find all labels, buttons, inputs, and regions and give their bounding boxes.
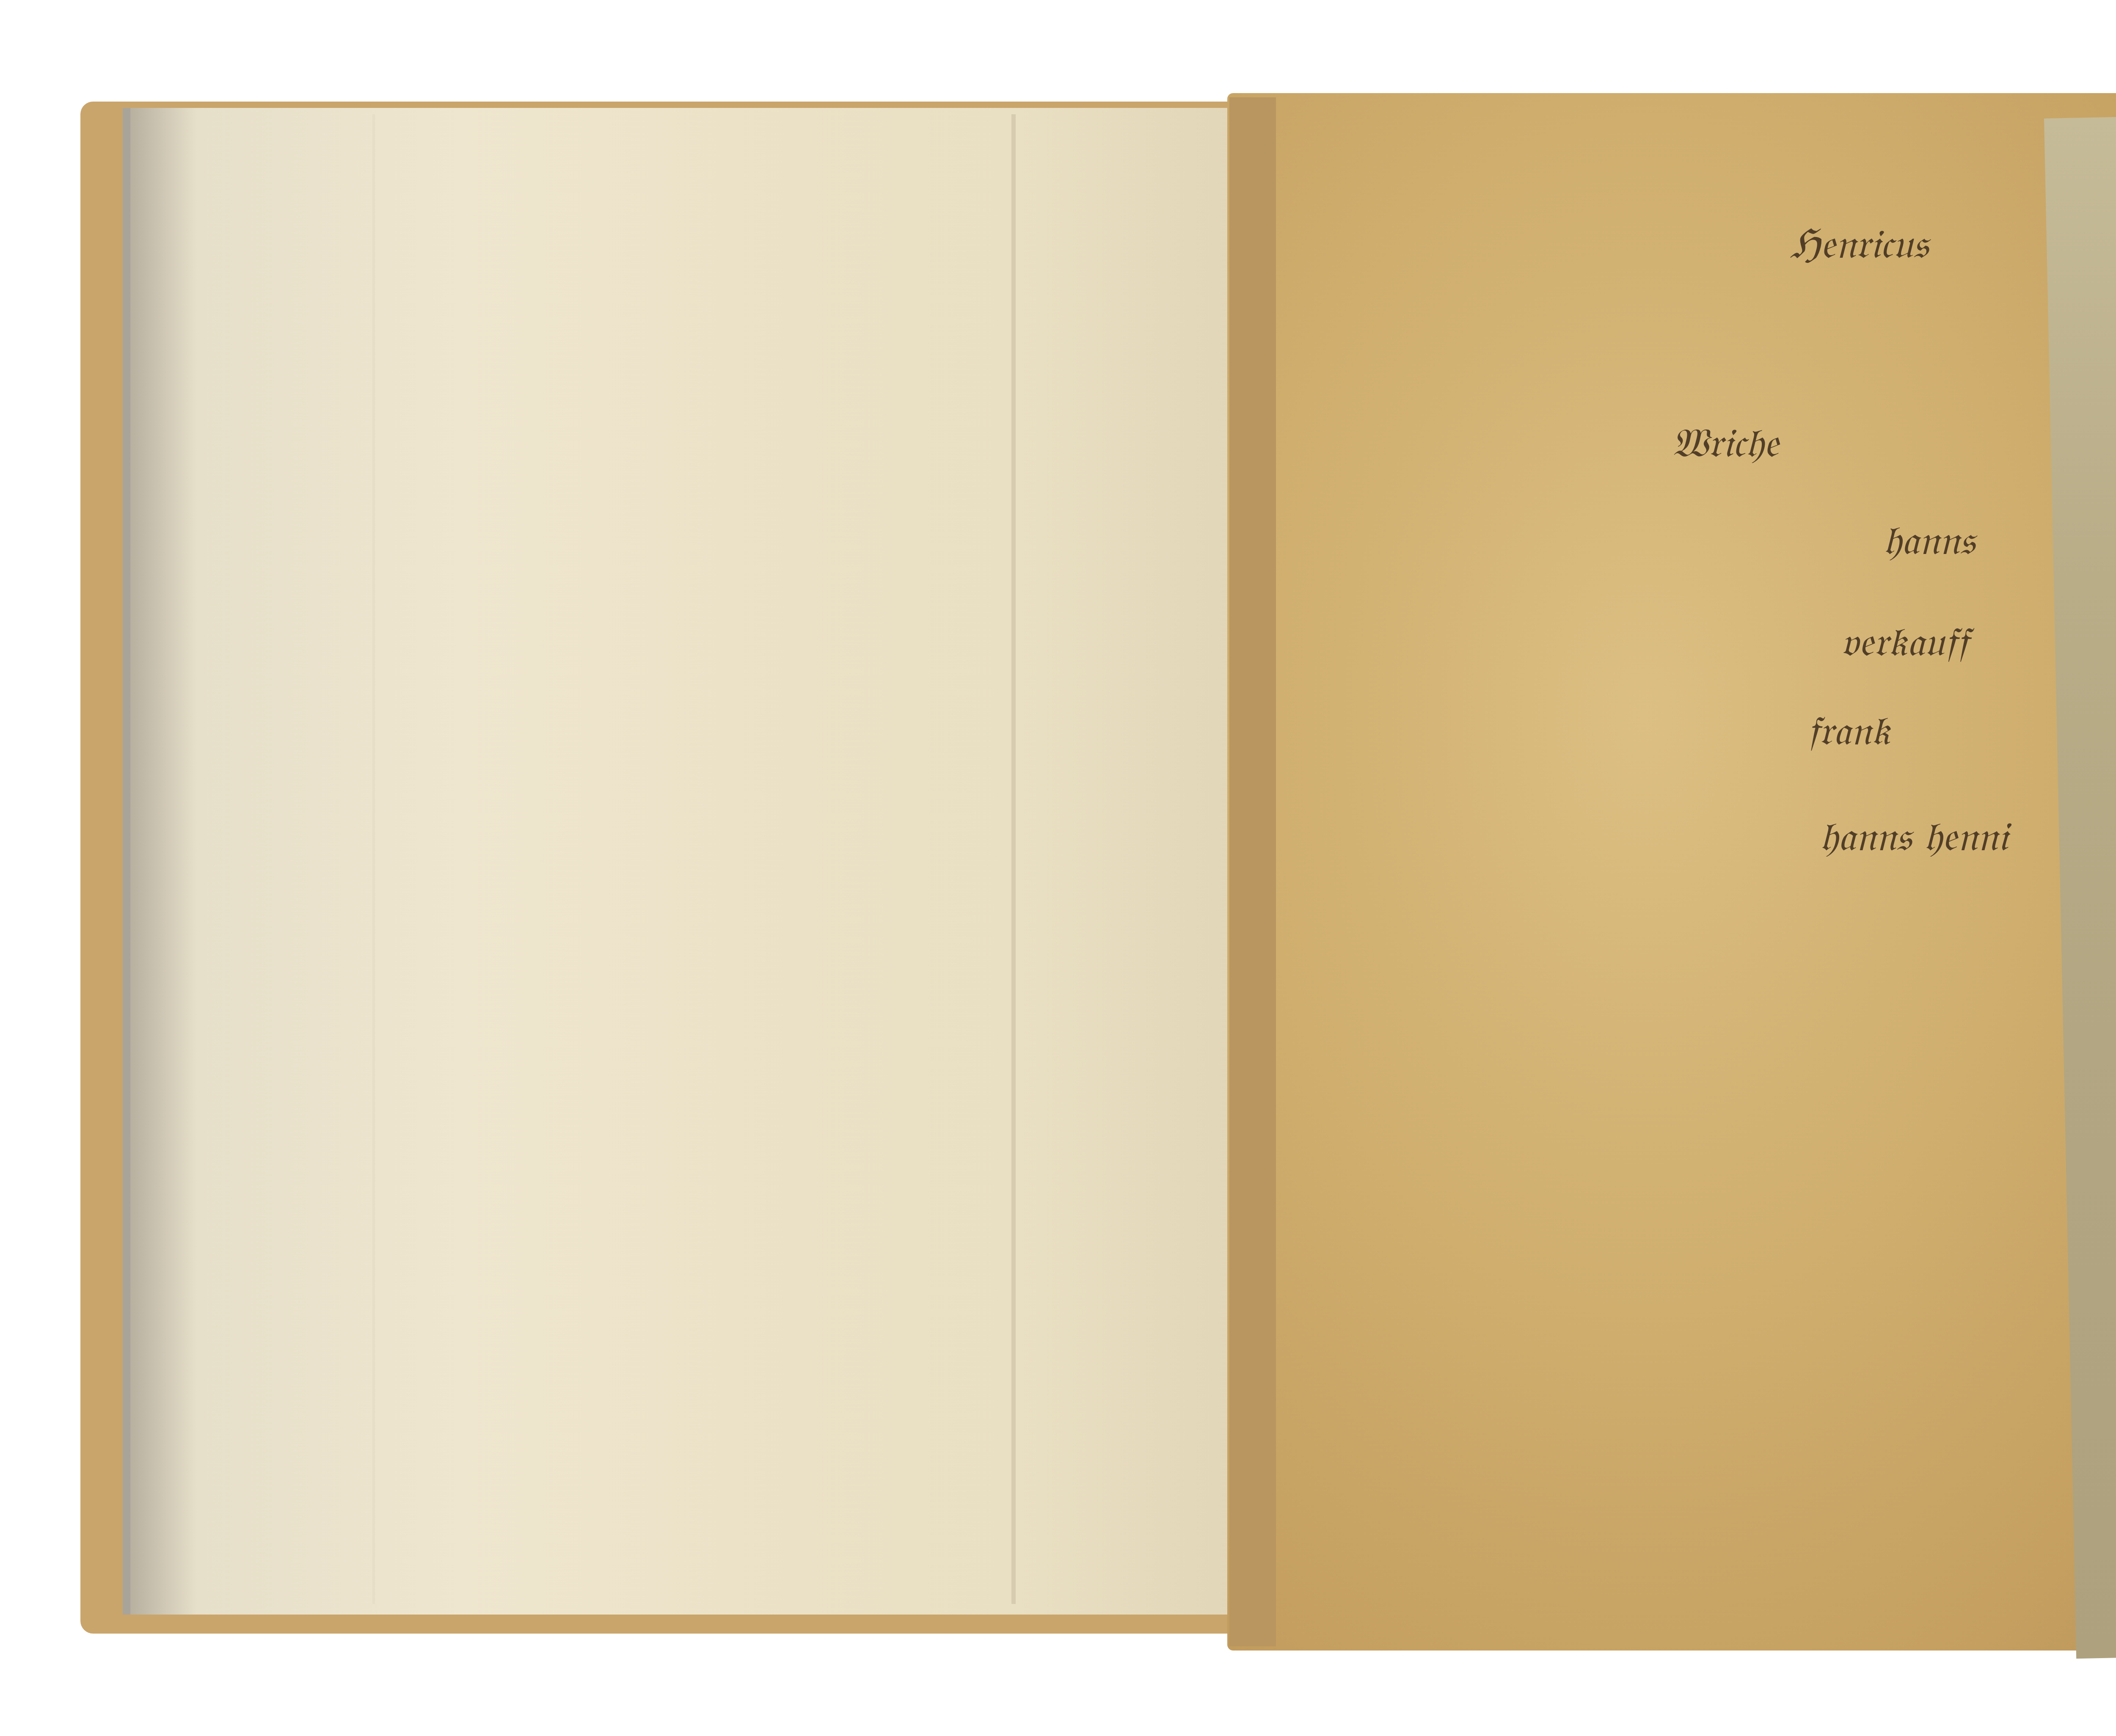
handwriting-fragment: 𝔥𝔞𝔫𝔫𝔰 𝔥𝔢𝔫𝔫𝔦 [1820, 817, 2008, 857]
parchment-cover [1227, 93, 2116, 1651]
blank-paper-pages [123, 108, 1239, 1615]
binding-spine [1229, 97, 1276, 1646]
paper-fold-line-2 [372, 114, 375, 1604]
handwriting-fragment: 𝔥𝔞𝔫𝔫𝔰 [1883, 521, 1975, 561]
paper-fold-line [1011, 114, 1016, 1604]
handwriting-fragment: ℌ𝔢𝔫𝔯𝔦𝔠𝔲𝔰 [1790, 224, 1928, 265]
handwriting-fragment: 𝔣𝔯𝔞𝔫𝔨 [1807, 711, 1890, 751]
handwriting-fragment: 𝔚𝔯𝔦𝔠𝔥𝔢 [1672, 423, 1779, 463]
handwriting-fragment: 𝔳𝔢𝔯𝔨𝔞𝔲𝔣𝔣 [1841, 622, 1968, 662]
